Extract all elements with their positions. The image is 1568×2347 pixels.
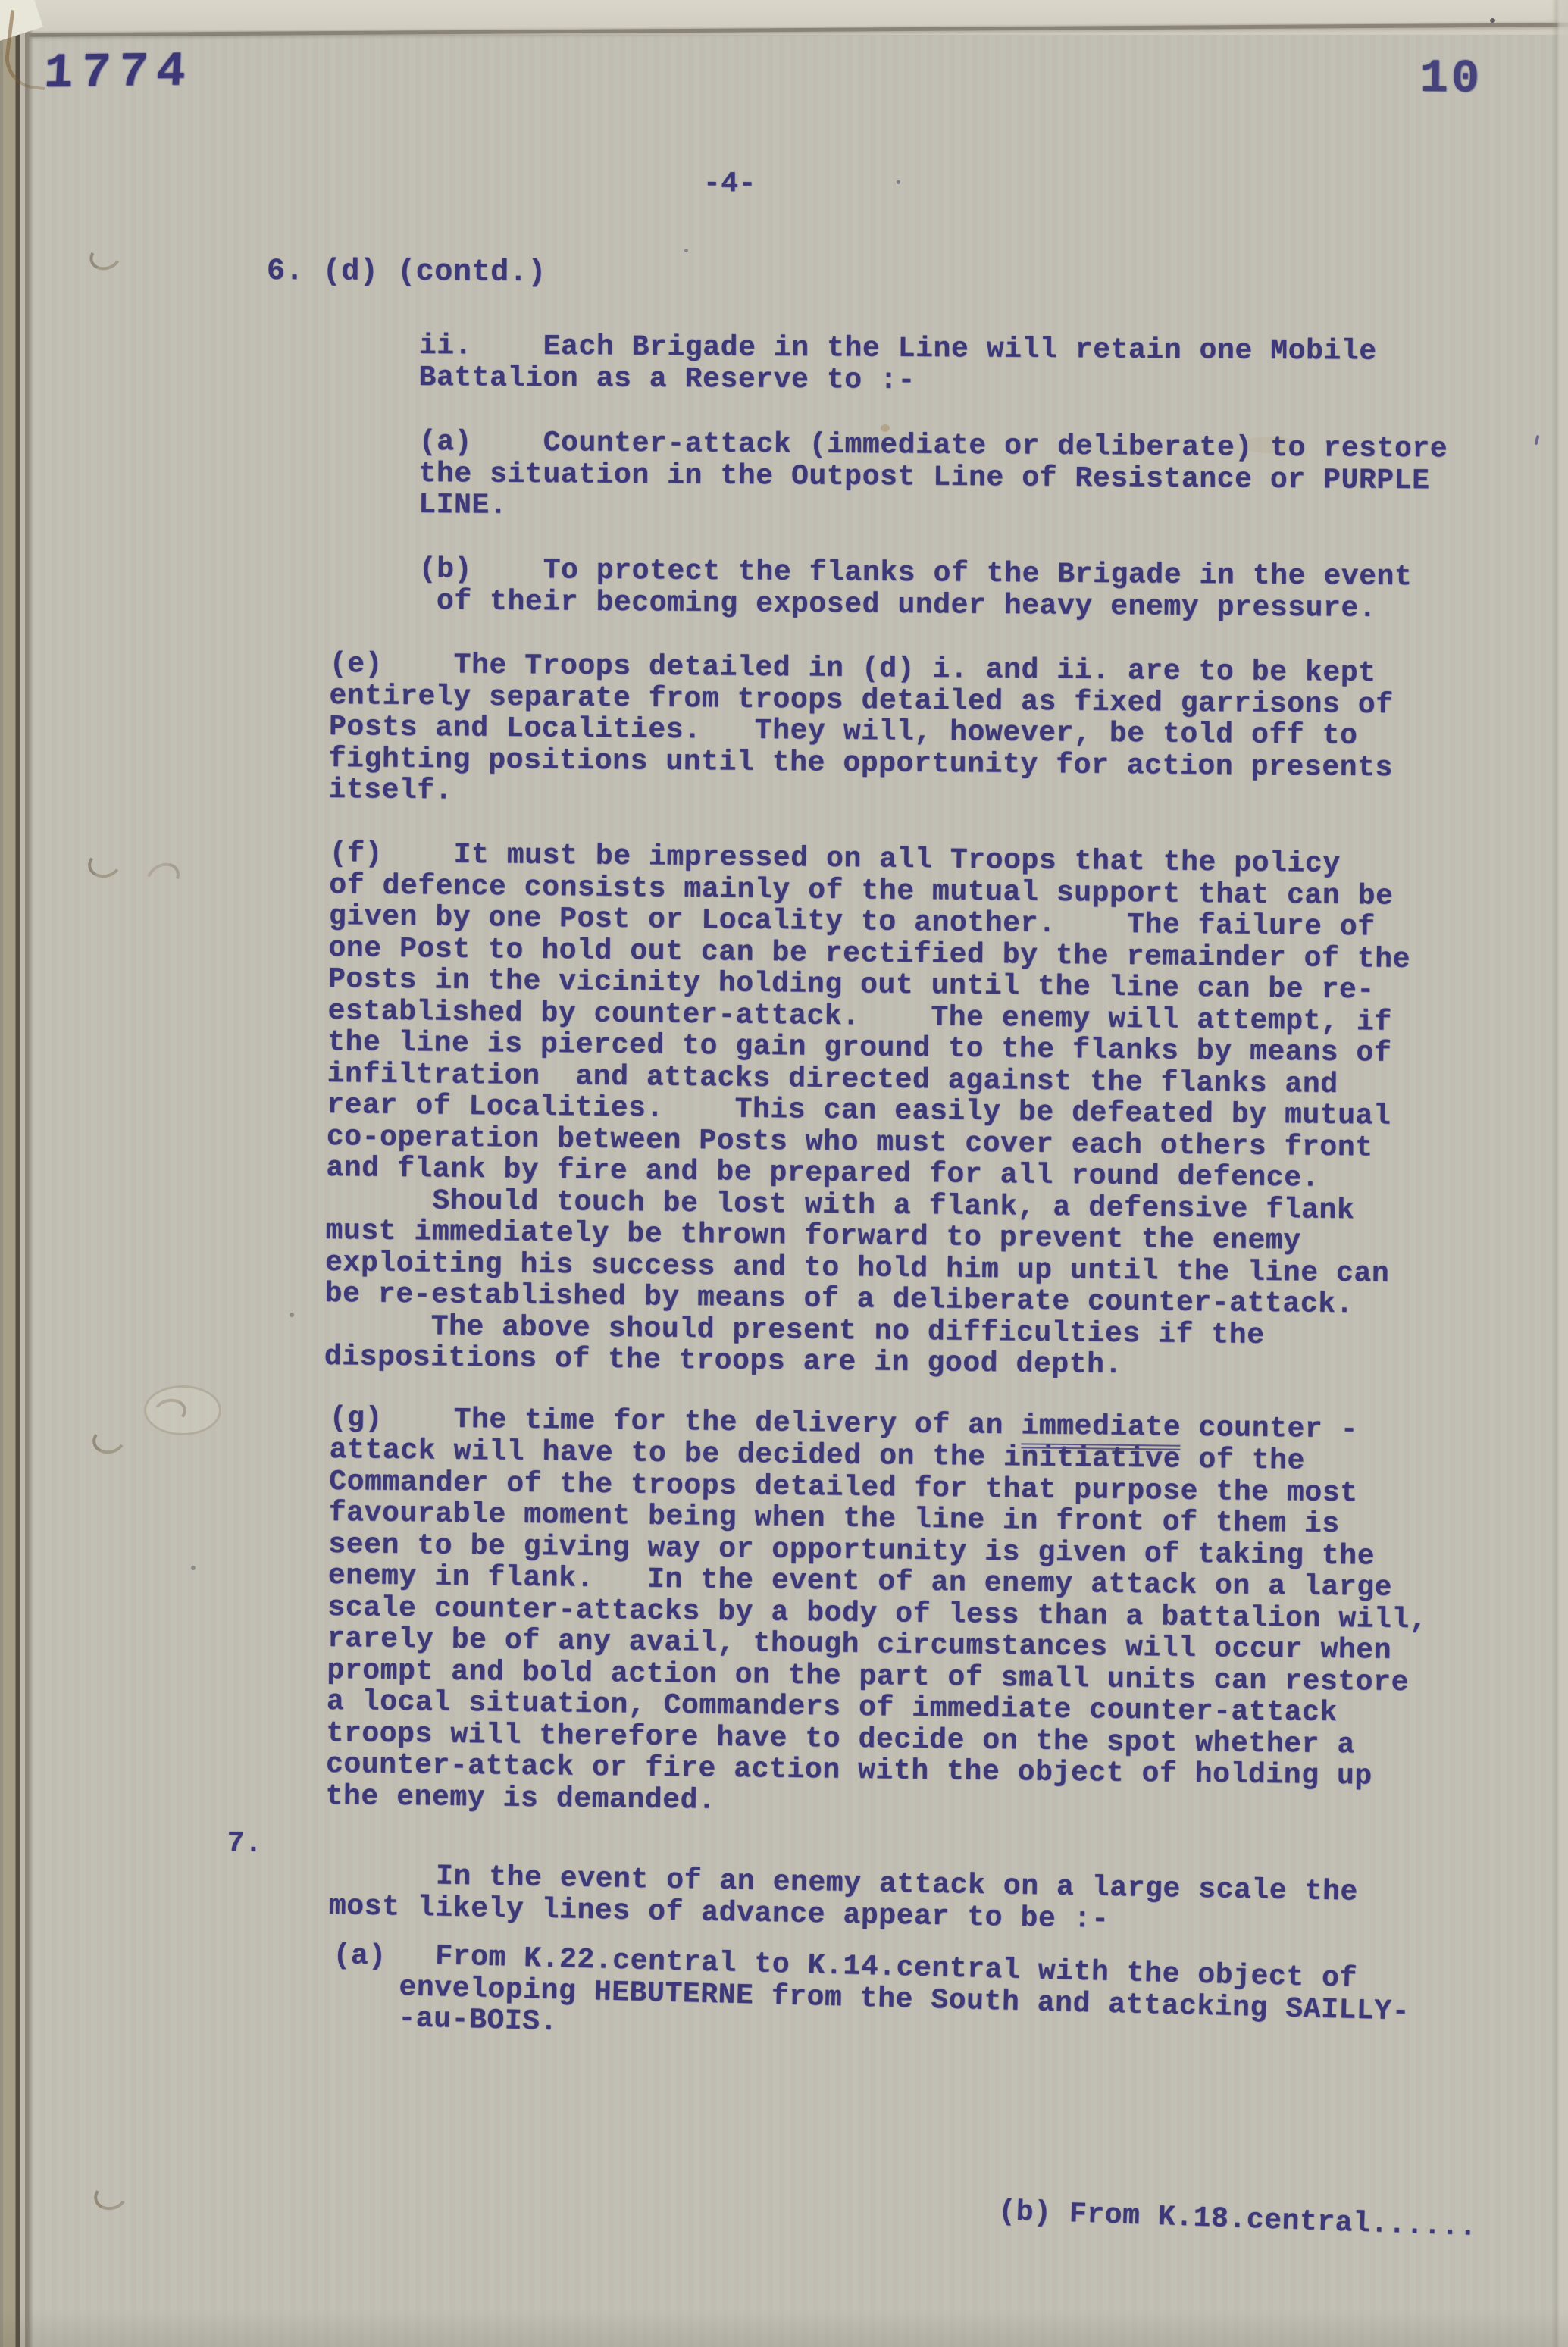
document-page: 1774 10 -4- 6. (d) (contd.) ii. Each Bri… [0, 0, 1568, 2347]
paragraph-a: (a) Counter-attack (immediate or deliber… [418, 427, 1448, 528]
ref-number-stamp: 1774 [42, 45, 196, 102]
ink-speck [897, 180, 900, 184]
ink-speck [290, 1313, 294, 1317]
paragraph-ii: ii. Each Brigade in the Line will retain… [418, 330, 1376, 399]
paragraph-e: (e) The Troops detailed in (d) i. and ii… [328, 649, 1394, 815]
ink-speck [191, 1566, 196, 1570]
right-paper-edge [1551, 0, 1568, 2347]
bottom-shadow [0, 2309, 1568, 2347]
folio-number-stamp: 10 [1419, 52, 1482, 106]
paragraph-f: (f) It must be impressed on all Troops t… [324, 838, 1412, 1384]
paragraph-g-post: counter - [1181, 1412, 1359, 1447]
left-binding-edge [0, 0, 39, 2347]
item-7a-label: (a) [333, 1940, 387, 1973]
paragraph-b: (b) To protect the flanks of the Brigade… [418, 554, 1412, 624]
page-number: -4- [703, 168, 756, 200]
ink-speck [1490, 18, 1495, 23]
item-7-label: 7. [227, 1828, 262, 1860]
paragraph-g-rest: attack will have to be decided on the in… [325, 1435, 1429, 1824]
section-heading: 6. (d) (contd.) [267, 256, 546, 289]
ink-speck [684, 249, 688, 252]
